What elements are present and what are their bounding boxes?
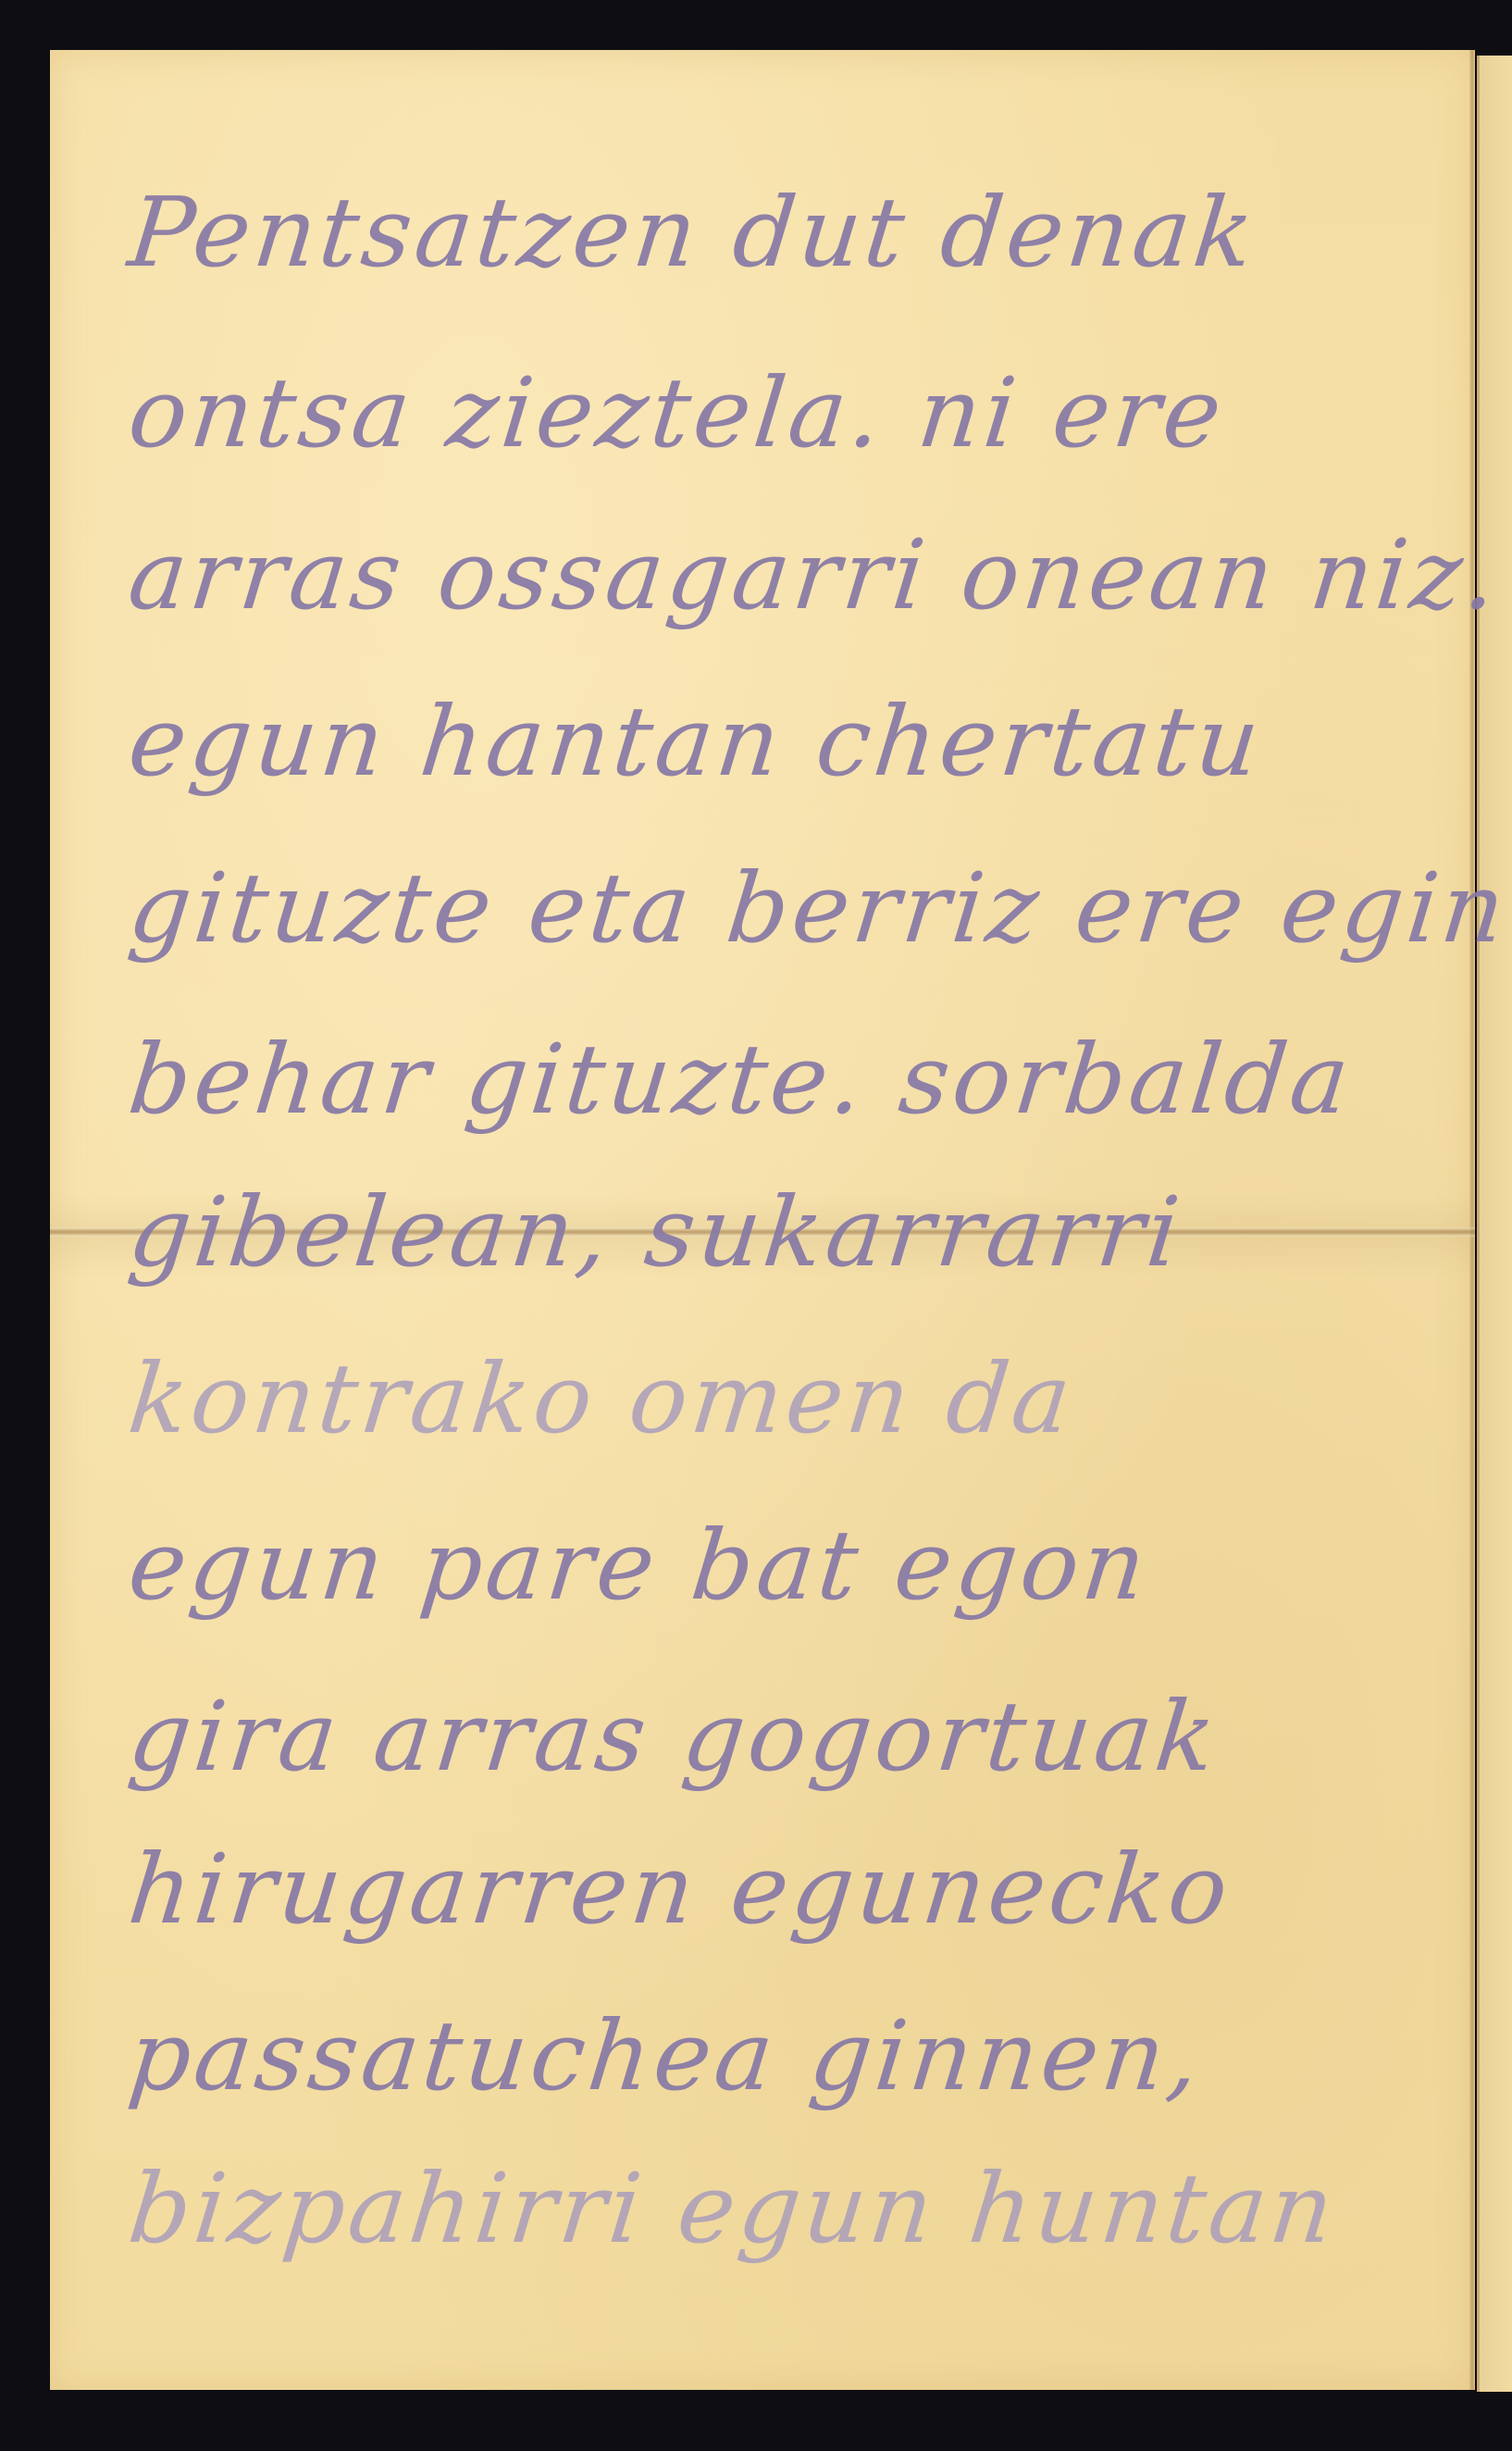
adjacent-page-edge bbox=[1477, 56, 1512, 2392]
text-line-11: hirugarren egunecko bbox=[124, 1833, 1237, 1946]
text-line-12: passatuchea ginnen, bbox=[124, 1999, 1208, 2112]
text-line-13: bizpahirri egun huntan bbox=[124, 2152, 1343, 2265]
text-line-2: ontsa zieztela. ni ere bbox=[124, 356, 1231, 469]
text-line-1: Pentsatzen dut denak bbox=[124, 176, 1263, 289]
text-line-4: egun hantan chertatu bbox=[124, 685, 1269, 798]
text-line-7: gibelean, sukarrarri bbox=[124, 1176, 1188, 1288]
text-line-10: gira arras gogortuak bbox=[124, 1680, 1224, 1793]
text-line-9: egun pare bat egon bbox=[124, 1509, 1155, 1622]
text-line-5: gituzte eta berriz ere egin bbox=[124, 852, 1512, 964]
text-line-3: arras ossagarri onean niz. bbox=[124, 518, 1506, 631]
text-line-8: kontrako omen da bbox=[124, 1342, 1080, 1455]
text-line-6: behar gituzte. sorbalda bbox=[124, 1023, 1358, 1136]
